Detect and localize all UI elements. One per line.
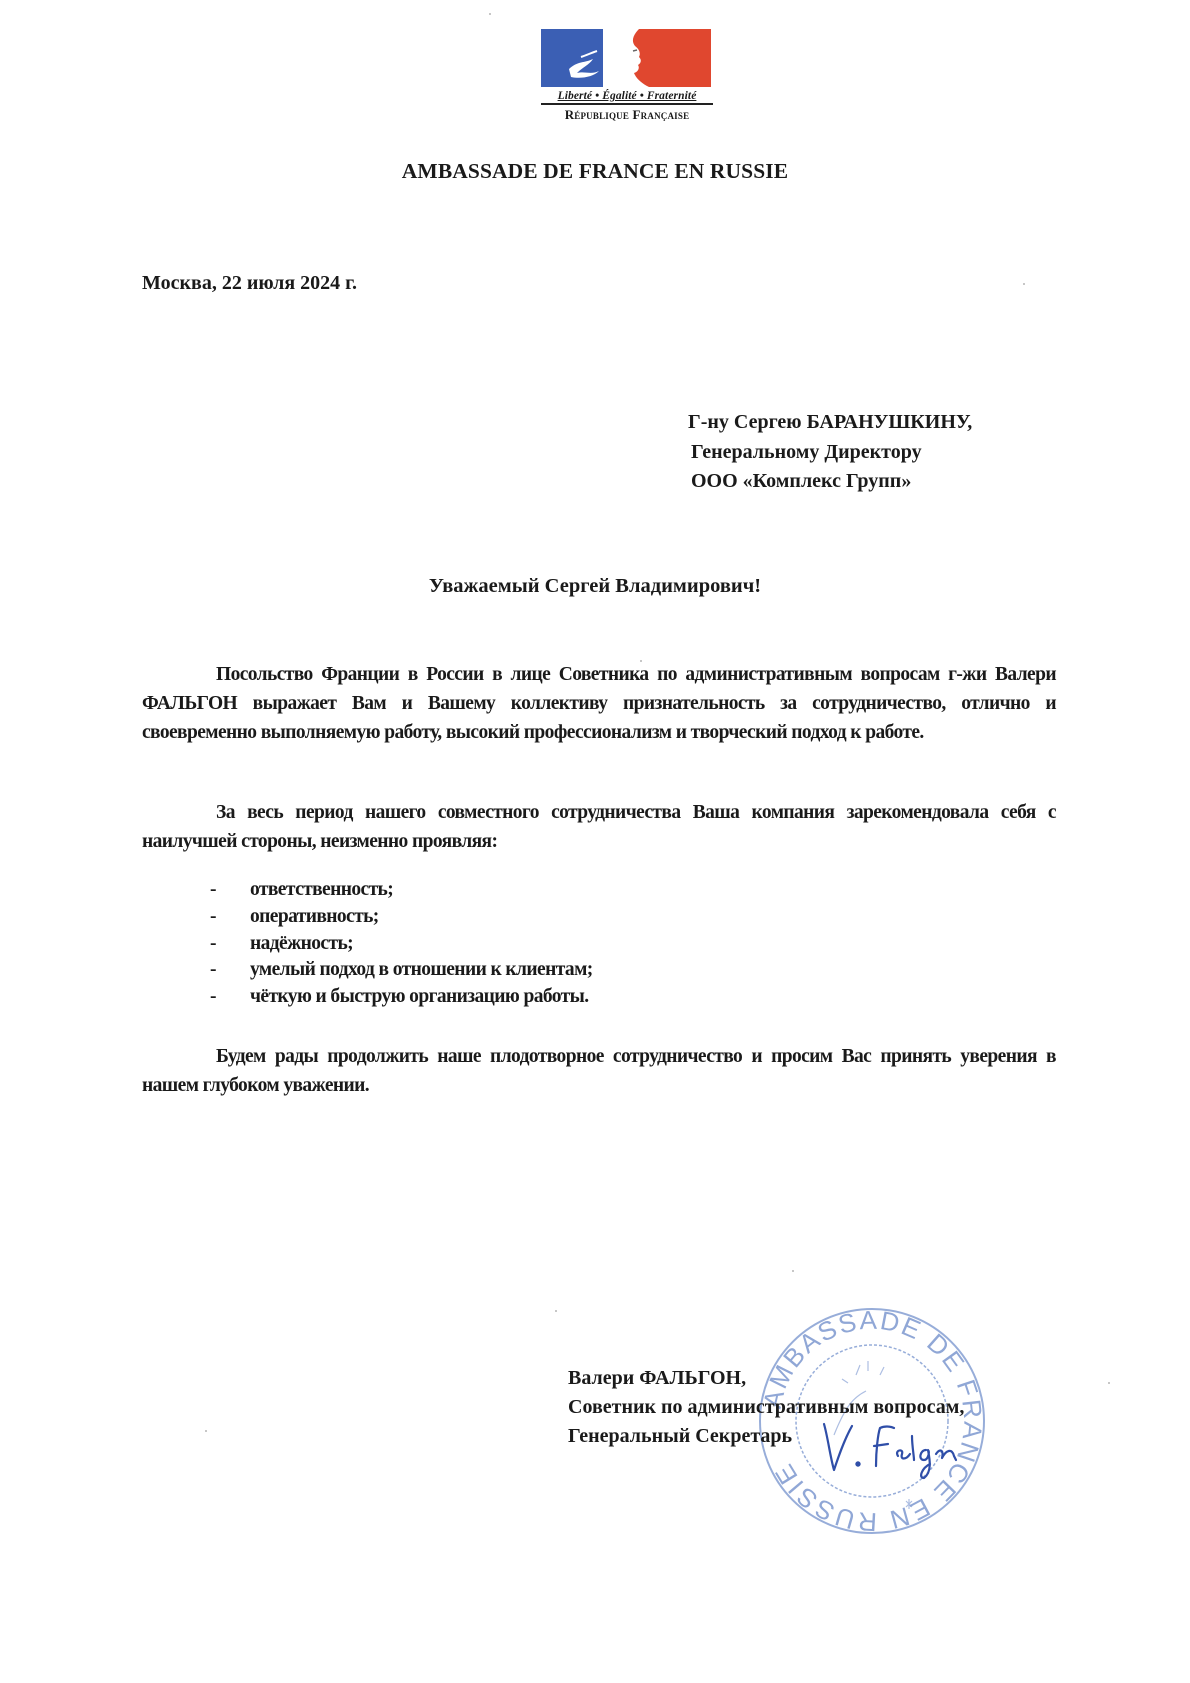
list-item-text: надёжность; <box>250 931 353 958</box>
addressee-name: Г-ну Сергею БАРАНУШКИНУ, <box>688 408 972 438</box>
motto-text: Liberté • Égalité • Fraternité <box>541 90 713 102</box>
paragraph-2-text: За весь период нашего совместного сотруд… <box>142 802 1056 852</box>
handwritten-signature-icon <box>818 1420 968 1485</box>
scan-speck <box>555 1310 557 1312</box>
body-paragraph-1: Посольство Франции в России в лице Совет… <box>142 660 1056 747</box>
addressee-position: Генеральному Директору <box>688 438 972 468</box>
scan-speck <box>640 660 642 662</box>
list-item-text: ответственность; <box>250 877 393 904</box>
list-bullet: - <box>210 957 250 984</box>
list-item-text: чёткую и быструю организацию работы. <box>250 984 589 1011</box>
list-bullet: - <box>210 931 250 958</box>
signatory-position: Советник по административным вопросам, <box>568 1393 964 1422</box>
paragraph-3-text: Будем рады продолжить наше плодотворное … <box>142 1046 1056 1096</box>
signatory-name: Валери ФАЛЬГОН, <box>568 1364 964 1393</box>
list-item: -оперативность; <box>210 904 593 931</box>
list-bullet: - <box>210 877 250 904</box>
list-item-text: умелый подход в отношении к клиентам; <box>250 957 593 984</box>
list-item: -умелый подход в отношении к клиентам; <box>210 957 593 984</box>
marianne-flag-icon <box>541 29 711 87</box>
closing-paragraph: Будем рады продолжить наше плодотворное … <box>142 1042 1056 1100</box>
addressee-block: Г-ну Сергею БАРАНУШКИНУ, Генеральному Ди… <box>688 408 972 497</box>
list-item: -ответственность; <box>210 877 593 904</box>
list-item-text: оперативность; <box>250 904 379 931</box>
list-item: -чёткую и быструю организацию работы. <box>210 984 593 1011</box>
republic-text: République Française <box>541 107 713 123</box>
scan-speck <box>1023 283 1025 285</box>
list-bullet: - <box>210 984 250 1011</box>
scan-speck <box>205 1430 207 1432</box>
list-bullet: - <box>210 904 250 931</box>
logo-divider <box>541 103 713 105</box>
body-paragraph-2: За весь период нашего совместного сотруд… <box>142 798 1056 856</box>
scan-speck <box>1108 1382 1110 1384</box>
paragraph-1-text: Посольство Франции в России в лице Совет… <box>142 664 1056 743</box>
scan-speck <box>792 1270 794 1272</box>
date-line: Москва, 22 июля 2024 г. <box>142 272 357 295</box>
list-item: -надёжность; <box>210 931 593 958</box>
salutation: Уважаемый Сергей Владимирович! <box>0 575 1190 598</box>
embassy-title: AMBASSADE DE FRANCE EN RUSSIE <box>0 159 1190 184</box>
scan-speck <box>489 13 491 15</box>
qualities-list: -ответственность; -оперативность; -надёж… <box>210 877 593 1011</box>
addressee-company: ООО «Комплекс Групп» <box>688 467 972 497</box>
republique-francaise-logo: Liberté • Égalité • Fraternité Républiqu… <box>541 29 713 123</box>
